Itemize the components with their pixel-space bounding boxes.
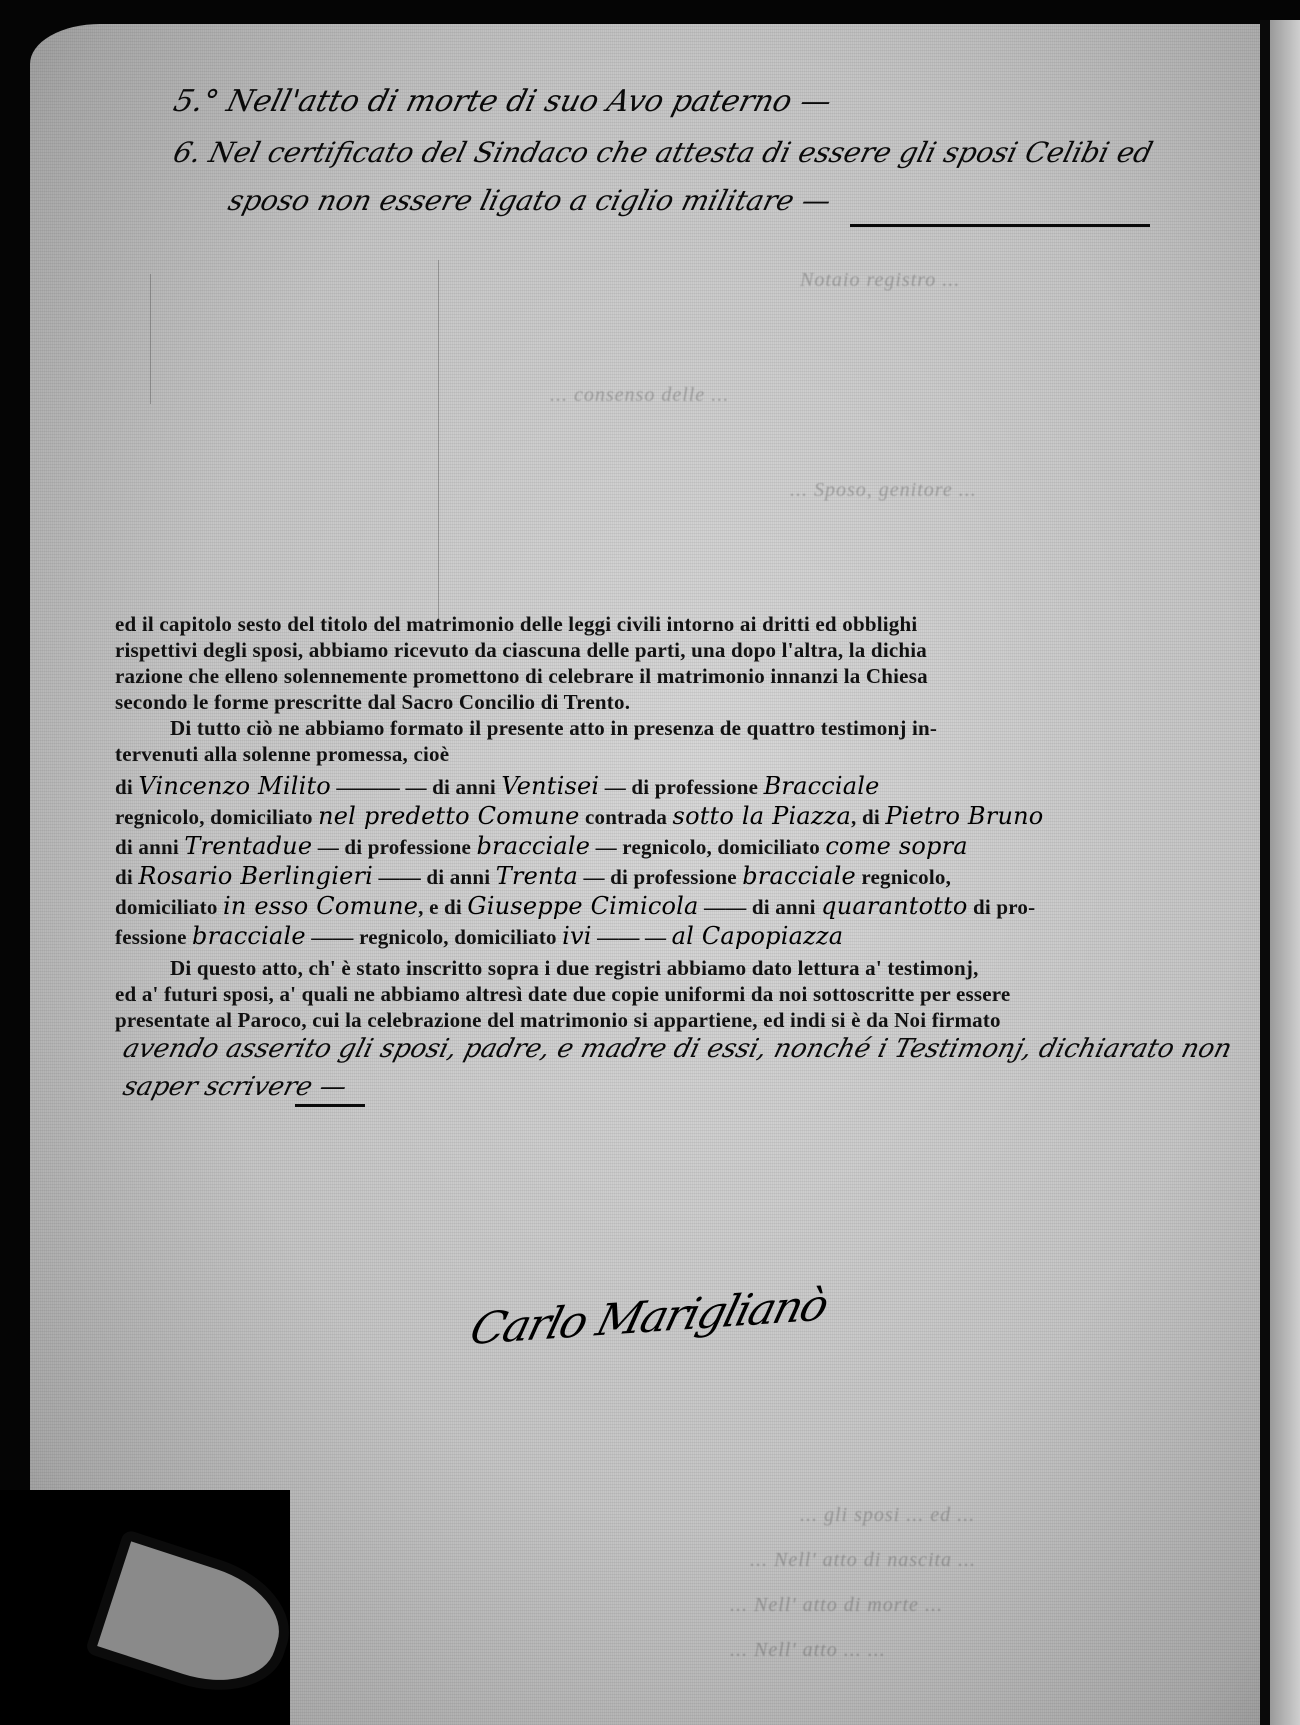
profession-label: di professione xyxy=(610,865,737,889)
street-label: contrada xyxy=(585,805,667,829)
witness-3-domicile-line: domiciliato in esso Comune, e di Giusepp… xyxy=(115,892,1035,920)
witness-name: Pietro Bruno xyxy=(885,802,1043,830)
official-signature: Carlo Mariglianò xyxy=(465,1280,832,1355)
status-short: regnicolo, xyxy=(861,865,951,889)
profession-label-cont: fessione xyxy=(115,925,187,949)
underline xyxy=(295,1104,365,1107)
witness-age: quarantotto xyxy=(821,892,967,920)
register-page: Notaio registro ... ... consenso delle .… xyxy=(30,24,1268,1725)
dash: — xyxy=(583,865,610,889)
dash: —— xyxy=(704,895,752,919)
ghost-text: Notaio registro ... xyxy=(800,269,960,292)
printed-line: Di tutto ciò ne abbiamo formato il prese… xyxy=(170,716,937,741)
ghost-text: ... Nell' atto di morte ... xyxy=(730,1594,943,1617)
dash: —— xyxy=(311,925,359,949)
witness-2-line: di anni Trentadue — di professione bracc… xyxy=(115,832,968,860)
status-label: regnicolo, domiciliato xyxy=(115,805,313,829)
status-label: regnicolo, domiciliato xyxy=(359,925,557,949)
annotation-line-5: 5.° Nell'atto di morte di suo Avo patern… xyxy=(170,84,835,119)
age-label: di anni xyxy=(432,775,496,799)
underline xyxy=(850,224,1150,227)
ghost-text: ... gli sposi ... ed ... xyxy=(800,1504,975,1527)
binding-gutter xyxy=(1260,20,1270,1725)
witness-name: Rosario Berlingieri xyxy=(138,862,373,890)
printed-line: tervenuti alla solenne promessa, cioè xyxy=(115,742,449,767)
witness-name: Vincenzo Milito xyxy=(138,772,331,800)
witness-domicile: nel predetto Comune xyxy=(318,802,579,830)
profession-label: di professione xyxy=(631,775,758,799)
ghost-text: ... Nell' atto di nascita ... xyxy=(750,1549,976,1572)
witness-street: sotto la Piazza xyxy=(673,802,851,830)
ghost-column-rule xyxy=(438,260,439,630)
printed-line: razione che elleno solennemente prometto… xyxy=(115,664,928,689)
dash: — xyxy=(596,835,623,859)
witness-age: Trentadue xyxy=(184,832,312,860)
witness-domicile: come sopra xyxy=(825,832,967,860)
witness-prefix: di xyxy=(115,775,133,799)
printed-line: rispettivi degli sposi, abbiamo ricevuto… xyxy=(115,638,927,663)
witness-age: Ventisei xyxy=(501,772,599,800)
witness-profession: bracciale xyxy=(192,922,306,950)
domicile-label: domiciliato xyxy=(115,895,218,919)
age-label: di anni xyxy=(115,835,179,859)
profession-label-split: di pro- xyxy=(973,895,1035,919)
witness-profession: Bracciale xyxy=(764,772,880,800)
printed-line: secondo le forme prescritte dal Sacro Co… xyxy=(115,690,630,715)
age-label: di anni xyxy=(426,865,490,889)
closing-handwritten: saper scrivere — xyxy=(120,1072,350,1102)
witness-1-line: di Vincenzo Milito ——— — di anni Ventise… xyxy=(115,772,880,800)
witness-1-domicile-line: regnicolo, domiciliato nel predetto Comu… xyxy=(115,802,1043,830)
witness-domicile: in esso Comune xyxy=(223,892,418,920)
witness-prefix: di xyxy=(115,865,133,889)
status-label: regnicolo, domiciliato xyxy=(622,835,820,859)
age-label: di anni xyxy=(752,895,816,919)
witness-4-line: fessione bracciale —— regnicolo, domicil… xyxy=(115,922,843,950)
ghost-text: ... consenso delle ... xyxy=(550,384,729,407)
ghost-text: ... Sposo, genitore ... xyxy=(790,479,977,502)
ghost-column-rule xyxy=(150,274,151,404)
adjacent-page-edge xyxy=(1270,20,1300,1725)
witness-age: Trenta xyxy=(496,862,578,890)
witness-prefix: di xyxy=(862,805,880,829)
dash: — xyxy=(605,775,632,799)
witness-3-line: di Rosario Berlingieri —— di anni Trenta… xyxy=(115,862,951,890)
closing-line: ed a' futuri sposi, a' quali ne abbiamo … xyxy=(115,982,1010,1007)
annotation-line-6-cont: sposo non essere ligato a ciglio militar… xyxy=(225,184,835,217)
annotation-line-6: 6. Nel certificato del Sindaco che attes… xyxy=(170,136,1156,169)
profession-label: di professione xyxy=(344,835,471,859)
closing-handwritten: avendo asserito gli sposi, padre, e madr… xyxy=(120,1034,1235,1064)
witness-profession: bracciale xyxy=(742,862,856,890)
witness-domicile: ivi xyxy=(562,922,592,950)
dash: — xyxy=(318,835,345,859)
dash: —— xyxy=(379,865,427,889)
closing-line: presentate al Paroco, cui la celebrazion… xyxy=(115,1008,1001,1033)
dash: —— — xyxy=(597,925,672,949)
witness-profession: bracciale xyxy=(476,832,590,860)
printed-line: ed il capitolo sesto del titolo del matr… xyxy=(115,612,917,637)
ghost-text: ... Nell' atto ... ... xyxy=(730,1639,886,1662)
dash: ——— — xyxy=(336,775,432,799)
witness-prefix: e di xyxy=(429,895,462,919)
closing-line: Di questo atto, ch' è stato inscritto so… xyxy=(170,956,979,981)
witness-note: al Capopiazza xyxy=(672,922,844,950)
witness-name: Giuseppe Cimicola xyxy=(467,892,698,920)
